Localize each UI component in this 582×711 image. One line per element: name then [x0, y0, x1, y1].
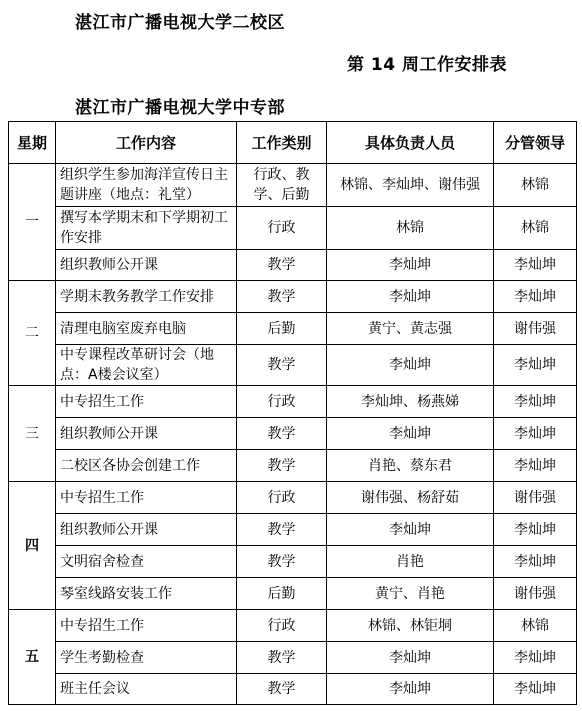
category-cell: 行政	[237, 610, 327, 642]
category-cell: 行政	[237, 207, 327, 250]
content-cell: 班主任会议	[56, 674, 237, 705]
category-cell: 教学	[237, 418, 327, 450]
category-cell: 教学	[237, 546, 327, 578]
content-cell: 琴室线路安装工作	[56, 578, 237, 610]
department-name: 湛江市广播电视大学中专部	[75, 93, 285, 118]
category-cell: 教学	[237, 345, 327, 386]
table-row: 中专课程改革研讨会（地点：A楼会议室）教学李灿坤李灿坤	[9, 345, 577, 386]
weekday-cell: 三	[9, 386, 56, 482]
category-cell: 行政、教学、后勤	[237, 164, 327, 207]
category-cell: 教学	[237, 514, 327, 546]
category-cell: 行政	[237, 482, 327, 514]
people-cell: 林锦、林钜垌	[327, 610, 494, 642]
weekday-cell: 五	[9, 610, 56, 705]
table-header-row: 星期 工作内容 工作类别 具体负责人员 分管领导	[9, 122, 577, 164]
people-cell: 黄宁、黄志强	[327, 313, 494, 345]
table-body: 一组织学生参加海洋宣传日主题讲座（地点：礼堂）行政、教学、后勤林锦、李灿坤、谢伟…	[9, 164, 577, 705]
category-cell: 后勤	[237, 578, 327, 610]
table-row: 文明宿舍检查教学肖艳李灿坤	[9, 546, 577, 578]
people-cell: 李灿坤	[327, 418, 494, 450]
leader-cell: 李灿坤	[494, 546, 577, 578]
leader-cell: 李灿坤	[494, 250, 577, 281]
table-row: 清理电脑室废弃电脑后勤黄宁、黄志强谢伟强	[9, 313, 577, 345]
people-cell: 肖艳	[327, 546, 494, 578]
category-cell: 教学	[237, 281, 327, 313]
category-cell: 教学	[237, 642, 327, 674]
column-header-content: 工作内容	[56, 122, 237, 164]
table-row: 四中专招生工作行政谢伟强、杨舒茹谢伟强	[9, 482, 577, 514]
weekday-cell: 二	[9, 281, 56, 386]
table-row: 班主任会议教学李灿坤李灿坤	[9, 674, 577, 705]
people-cell: 林锦、李灿坤、谢伟强	[327, 164, 494, 207]
table-row: 组织教师公开课教学李灿坤李灿坤	[9, 514, 577, 546]
leader-cell: 谢伟强	[494, 482, 577, 514]
people-cell: 李灿坤	[327, 514, 494, 546]
leader-cell: 林锦	[494, 164, 577, 207]
leader-cell: 李灿坤	[494, 345, 577, 386]
table-row: 琴室线路安装工作后勤黄宁、肖艳谢伟强	[9, 578, 577, 610]
people-cell: 林锦	[327, 207, 494, 250]
people-cell: 李灿坤	[327, 674, 494, 705]
leader-cell: 李灿坤	[494, 450, 577, 482]
people-cell: 肖艳、蔡东君	[327, 450, 494, 482]
table-row: 撰写本学期末和下学期初工作安排行政林锦林锦	[9, 207, 577, 250]
leader-cell: 李灿坤	[494, 281, 577, 313]
people-cell: 李灿坤、杨燕娣	[327, 386, 494, 418]
column-header-leader: 分管领导	[494, 122, 577, 164]
people-cell: 黄宁、肖艳	[327, 578, 494, 610]
content-cell: 学生考勤检查	[56, 642, 237, 674]
people-cell: 李灿坤	[327, 345, 494, 386]
content-cell: 中专课程改革研讨会（地点：A楼会议室）	[56, 345, 237, 386]
content-cell: 二校区各协会创建工作	[56, 450, 237, 482]
content-cell: 清理电脑室废弃电脑	[56, 313, 237, 345]
table-row: 组织教师公开课教学李灿坤李灿坤	[9, 250, 577, 281]
content-cell: 中专招生工作	[56, 386, 237, 418]
content-cell: 组织教师公开课	[56, 418, 237, 450]
page-title: 第 14 周工作安排表	[347, 50, 507, 75]
column-header-weekday: 星期	[9, 122, 56, 164]
content-cell: 学期末教务教学工作安排	[56, 281, 237, 313]
table-row: 三中专招生工作行政李灿坤、杨燕娣李灿坤	[9, 386, 577, 418]
content-cell: 中专招生工作	[56, 482, 237, 514]
weekly-schedule-table: 星期 工作内容 工作类别 具体负责人员 分管领导 一组织学生参加海洋宣传日主题讲…	[8, 121, 577, 705]
leader-cell: 李灿坤	[494, 642, 577, 674]
column-header-people: 具体负责人员	[327, 122, 494, 164]
table-row: 学生考勤检查教学李灿坤李灿坤	[9, 642, 577, 674]
table-row: 一组织学生参加海洋宣传日主题讲座（地点：礼堂）行政、教学、后勤林锦、李灿坤、谢伟…	[9, 164, 577, 207]
content-cell: 组织教师公开课	[56, 250, 237, 281]
category-cell: 教学	[237, 450, 327, 482]
people-cell: 李灿坤	[327, 250, 494, 281]
leader-cell: 李灿坤	[494, 418, 577, 450]
leader-cell: 李灿坤	[494, 674, 577, 705]
category-cell: 教学	[237, 674, 327, 705]
category-cell: 后勤	[237, 313, 327, 345]
table-row: 二校区各协会创建工作教学肖艳、蔡东君李灿坤	[9, 450, 577, 482]
leader-cell: 谢伟强	[494, 578, 577, 610]
people-cell: 李灿坤	[327, 281, 494, 313]
leader-cell: 李灿坤	[494, 514, 577, 546]
table-row: 二学期末教务教学工作安排教学李灿坤李灿坤	[9, 281, 577, 313]
weekday-cell: 四	[9, 482, 56, 610]
leader-cell: 李灿坤	[494, 386, 577, 418]
leader-cell: 谢伟强	[494, 313, 577, 345]
category-cell: 行政	[237, 386, 327, 418]
category-cell: 教学	[237, 250, 327, 281]
weekday-cell: 一	[9, 164, 56, 281]
content-cell: 组织学生参加海洋宣传日主题讲座（地点：礼堂）	[56, 164, 237, 207]
column-header-category: 工作类别	[237, 122, 327, 164]
content-cell: 组织教师公开课	[56, 514, 237, 546]
content-cell: 文明宿舍检查	[56, 546, 237, 578]
leader-cell: 林锦	[494, 207, 577, 250]
people-cell: 李灿坤	[327, 642, 494, 674]
table-row: 组织教师公开课教学李灿坤李灿坤	[9, 418, 577, 450]
table-row: 五中专招生工作行政林锦、林钜垌林锦	[9, 610, 577, 642]
people-cell: 谢伟强、杨舒茹	[327, 482, 494, 514]
content-cell: 中专招生工作	[56, 610, 237, 642]
leader-cell: 林锦	[494, 610, 577, 642]
school-name: 湛江市广播电视大学二校区	[75, 8, 285, 33]
content-cell: 撰写本学期末和下学期初工作安排	[56, 207, 237, 250]
